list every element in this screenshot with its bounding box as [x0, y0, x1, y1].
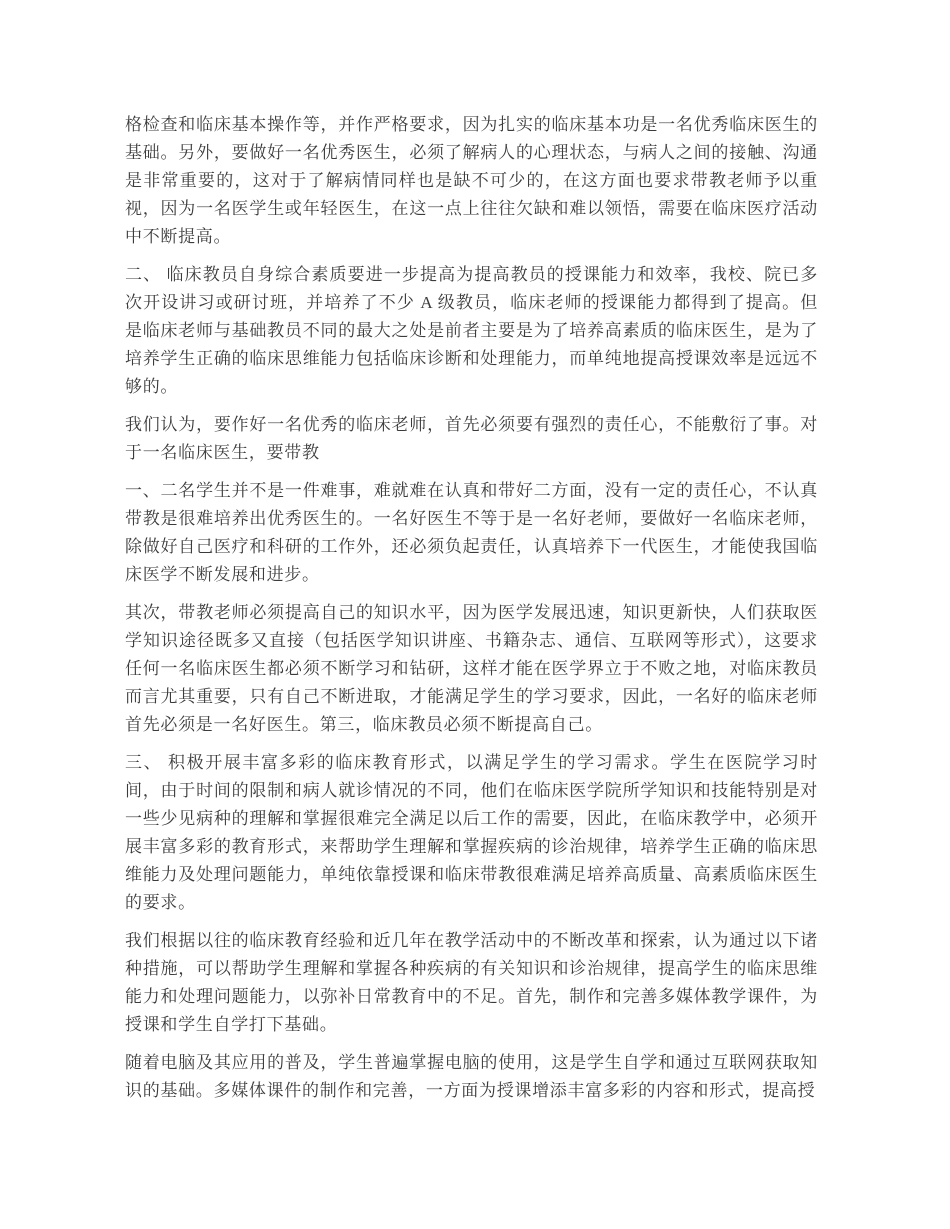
- paragraph-responsibility-intro: 我们认为，要作好一名优秀的临床老师，首先必须要有强烈的责任心，不能敷衍了事。对于…: [125, 411, 818, 467]
- paragraph-clinical-basics: 格检查和临床基本操作等，并作严格要求，因为扎实的临床基本功是一名优秀临床医生的基…: [125, 111, 818, 251]
- document-page: 格检查和临床基本操作等，并作严格要求，因为扎实的临床基本功是一名优秀临床医生的基…: [125, 111, 818, 1115]
- paragraph-section-two-teacher-quality: 二、 临床教员自身综合素质要进一步提高为提高教员的授课能力和效率，我校、院已多次…: [125, 261, 818, 401]
- paragraph-computer-multimedia: 随着电脑及其应用的普及，学生普遍掌握电脑的使用，这是学生自学和通过互联网获取知识…: [125, 1049, 818, 1105]
- document-background: { "document": { "background_color": "#ff…: [0, 0, 950, 1229]
- paragraph-reform-measures: 我们根据以往的临床教育经验和近几年在教学活动中的不断改革和探索，认为通过以下诸种…: [125, 927, 818, 1039]
- paragraph-knowledge-improvement: 其次，带教老师必须提高自己的知识水平，因为医学发展迅速，知识更新快，人们获取医学…: [125, 599, 818, 739]
- paragraph-section-three-education-forms: 三、 积极开展丰富多彩的临床教育形式，以满足学生的学习需求。学生在医院学习时间，…: [125, 749, 818, 917]
- paragraph-mentoring-students: 一、二名学生并不是一件难事，难就难在认真和带好二方面，没有一定的责任心，不认真带…: [125, 477, 818, 589]
